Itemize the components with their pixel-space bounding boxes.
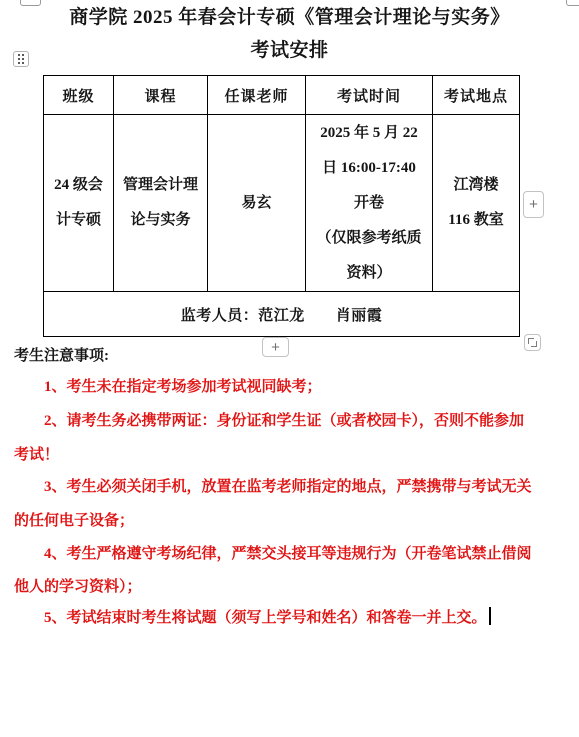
header-class[interactable]: 班级 [44,76,114,115]
note-line-text: 5、考试结束时考生将试题（须写上学号和姓名）和答卷一并上交。 [44,610,487,626]
note-line[interactable]: 的任何电子设备； [14,511,134,531]
table-move-handle-icon[interactable] [13,51,29,67]
note-line[interactable]: 2、请考生务必携带两证：身份证和学生证（或者校园卡），否则不能参加 [44,411,524,431]
document-title-line2[interactable]: 考试安排 [0,38,579,64]
text-cursor [489,607,491,625]
table-header-row: 班级 课程 任课老师 考试时间 考试地点 [44,76,520,115]
cell-teacher[interactable]: 易玄 [208,115,306,292]
plus-icon: + [271,339,280,356]
grid-dots-icon [18,54,24,64]
resize-corner-icon [531,341,537,347]
note-line[interactable]: 3、考生必须关闭手机，放置在监考老师指定的地点，严禁携带与考试无关 [44,477,532,497]
note-line[interactable]: 考试！ [14,445,59,465]
notes-heading[interactable]: 考生注意事项: [14,344,109,365]
document-page: 商学院 2025 年春会计专硕《管理会计理论与实务》 考试安排 班级 课程 任课… [0,0,579,737]
header-location[interactable]: 考试地点 [433,76,520,115]
cell-exam-time[interactable]: 2025 年 5 月 22 日 16:00-17:40 开卷 （仅限参考纸质 资… [306,115,433,292]
header-exam-time[interactable]: 考试时间 [306,76,433,115]
cell-location[interactable]: 江湾楼 116 教室 [433,115,520,292]
plus-icon: + [529,196,538,213]
cell-class[interactable]: 24 级会 计专硕 [44,115,114,292]
note-line[interactable]: 他人的学习资料）； [14,577,142,597]
note-line[interactable]: 1、考生未在指定考场参加考试视同缺考； [44,377,322,397]
note-line[interactable]: 5、考试结束时考生将试题（须写上学号和姓名）和答卷一并上交。 [44,607,491,628]
exam-schedule-table: 班级 课程 任课老师 考试时间 考试地点 24 级会 计专硕 管理会计理 论与实… [43,75,520,337]
table-row: 24 级会 计专硕 管理会计理 论与实务 易玄 2025 年 5 月 22 日 … [44,115,520,292]
cell-proctors[interactable]: 监考人员：范江龙 肖丽霞 [44,292,520,337]
header-course[interactable]: 课程 [114,76,208,115]
table-proctor-row: 监考人员：范江龙 肖丽霞 [44,292,520,337]
header-teacher[interactable]: 任课老师 [208,76,306,115]
add-row-button[interactable]: + [262,337,289,357]
note-line[interactable]: 4、考生严格遵守考场纪律，严禁交头接耳等违规行为（开卷笔试禁止借阅 [44,544,532,564]
cell-course[interactable]: 管理会计理 论与实务 [114,115,208,292]
table-resize-handle[interactable] [524,334,541,351]
add-column-button[interactable]: + [523,191,544,218]
document-title-line1[interactable]: 商学院 2025 年春会计专硕《管理会计理论与实务》 [0,5,579,31]
